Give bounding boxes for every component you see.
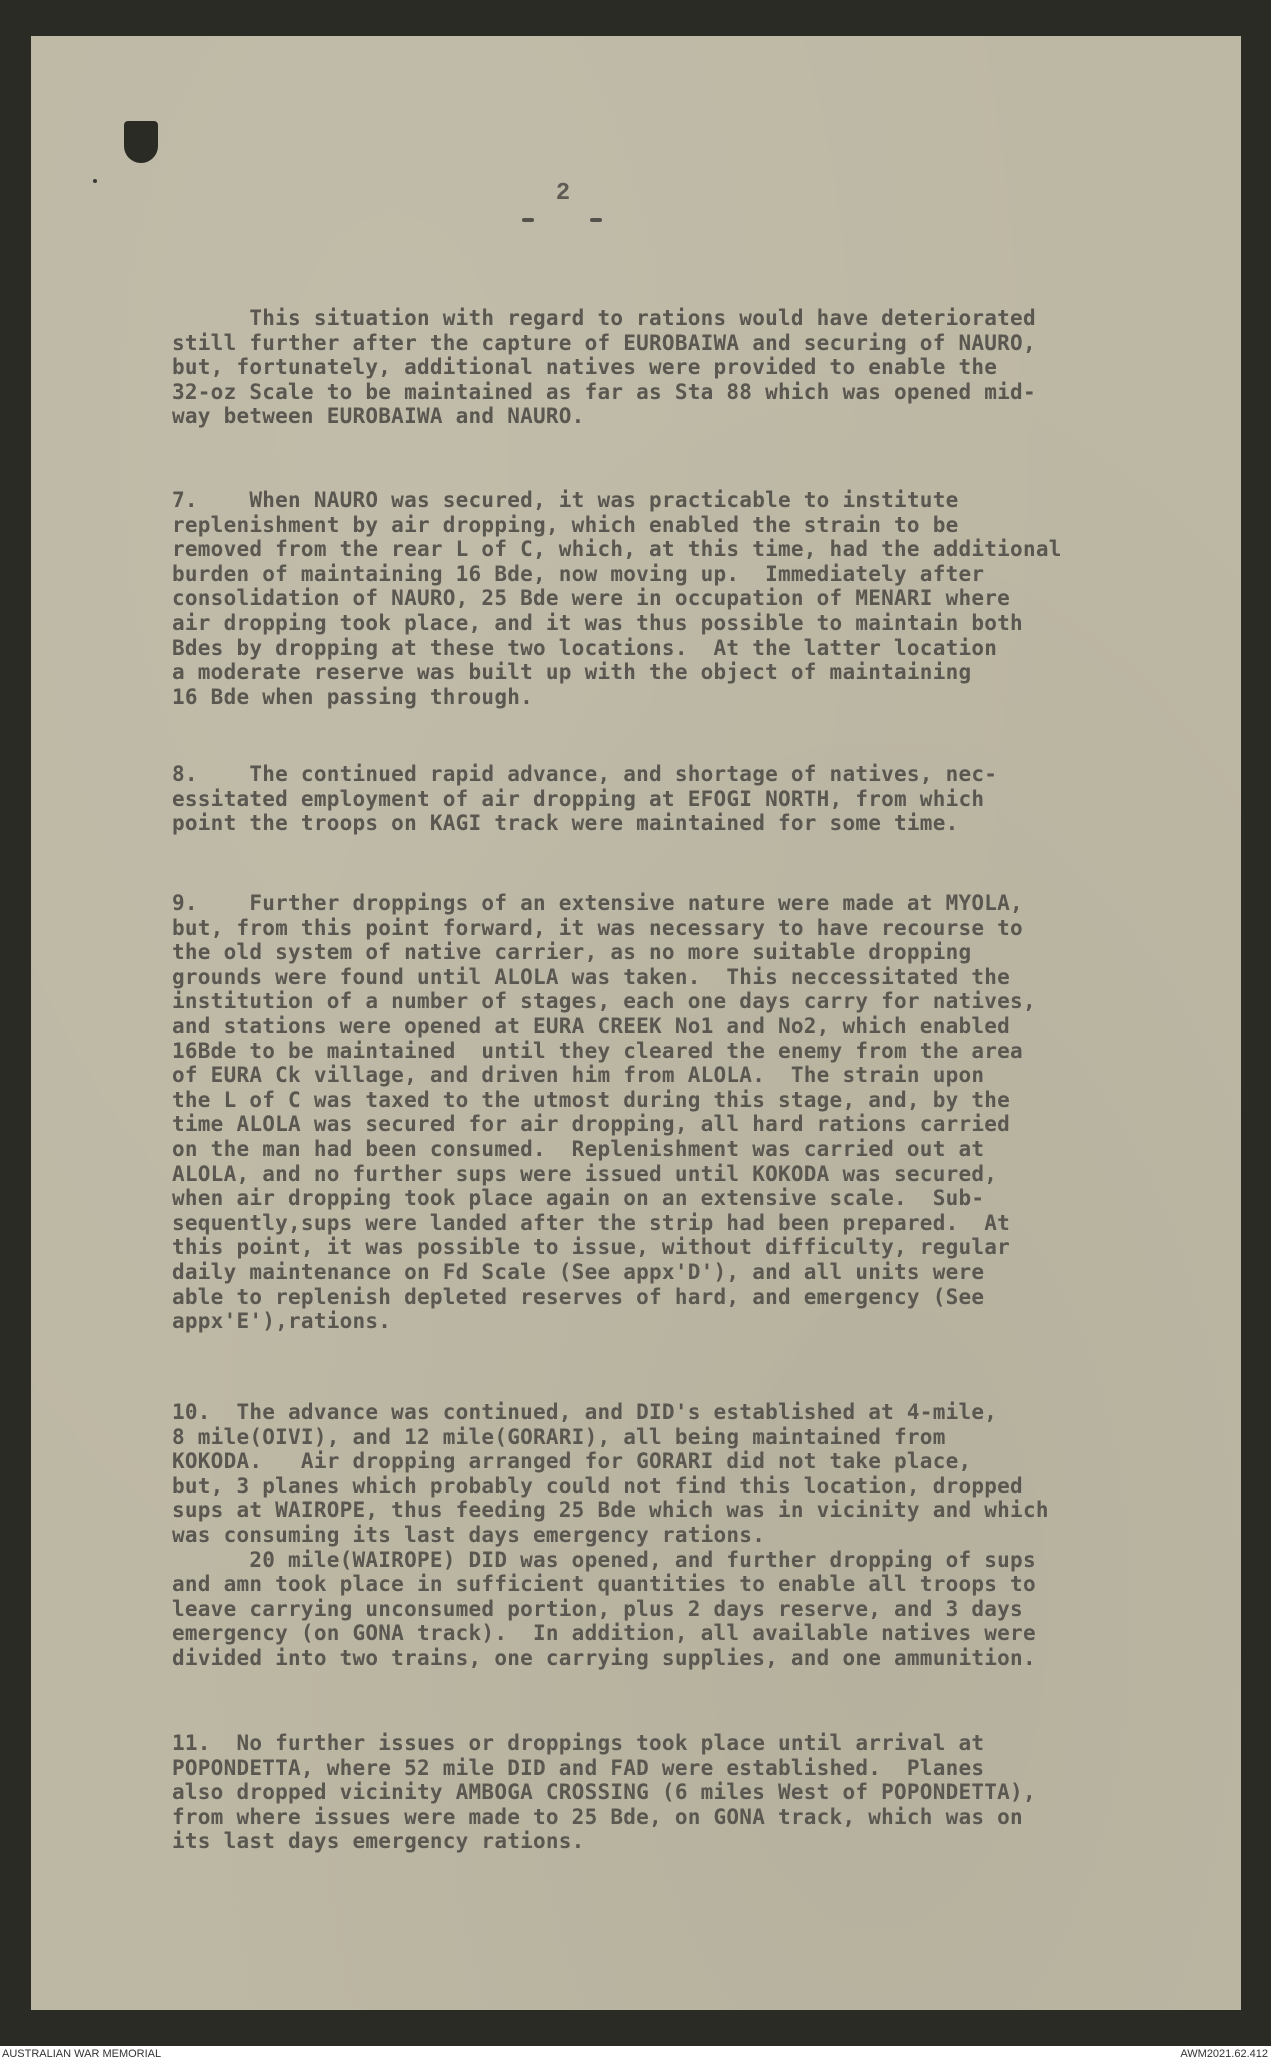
paper-speck (93, 179, 97, 183)
punch-hole (124, 121, 158, 163)
paragraph-7: 7. When NAURO was secured, it was practi… (172, 488, 1232, 709)
paragraph-9: 9. Further droppings of an extensive nat… (172, 891, 1232, 1334)
page-number: 2 (548, 180, 578, 207)
paragraph-11: 11. No further issues or droppings took … (172, 1731, 1232, 1854)
paragraph-intro: This situation with regard to rations wo… (172, 306, 1232, 429)
page-number-dashes (522, 218, 602, 222)
institution-caption: AUSTRALIAN WAR MEMORIAL (2, 2047, 161, 2061)
accession-id-caption: AWM2021.62.412 (1180, 2047, 1268, 2061)
paragraph-8: 8. The continued rapid advance, and shor… (172, 762, 1232, 836)
paragraph-10: 10. The advance was continued, and DID's… (172, 1400, 1232, 1671)
